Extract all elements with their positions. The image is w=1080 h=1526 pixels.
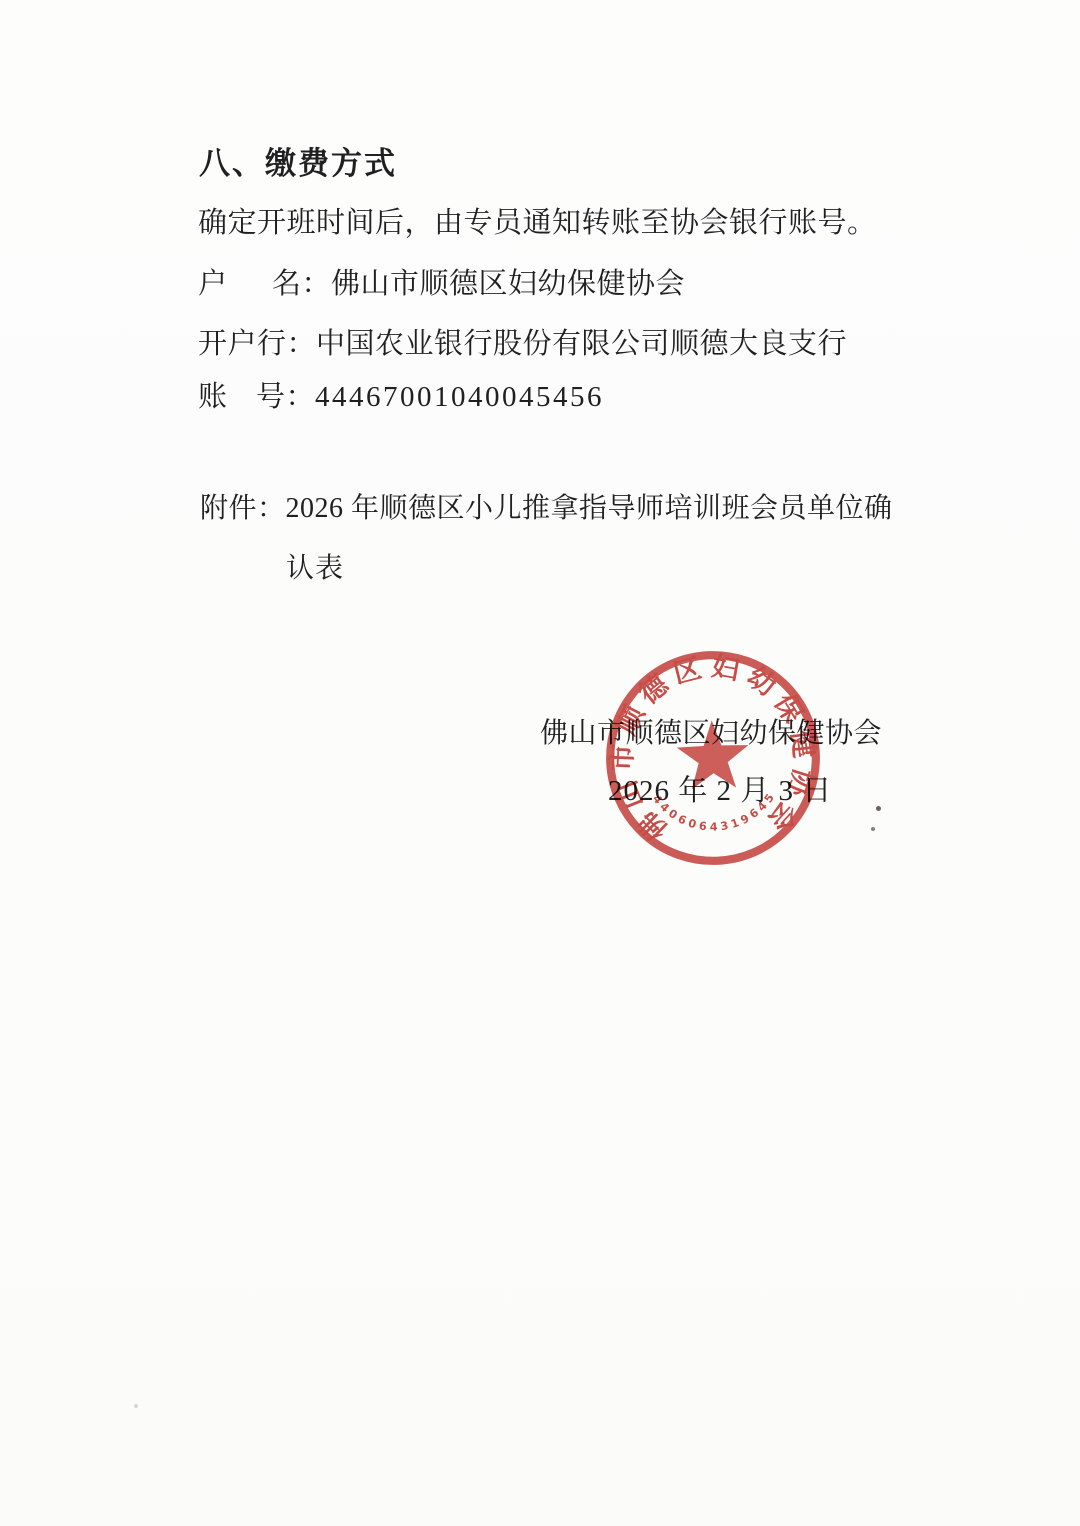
scan-speck — [134, 1404, 138, 1408]
account-number-value: 44467001040045456 — [315, 381, 604, 413]
account-name-label-suffix: 名： — [272, 268, 331, 300]
bank-branch-value: 中国农业银行股份有限公司顺德大良支行 — [316, 328, 847, 360]
account-number-label-suffix: 号： — [256, 381, 315, 413]
bank-branch-label: 开户行： — [198, 321, 316, 362]
account-name-value: 佛山市顺德区妇幼保健协会 — [331, 268, 685, 300]
attachment-line-2: 认表 — [286, 546, 344, 586]
account-name-label: 户 — [198, 261, 272, 302]
bank-branch-row: 开户行：中国农业银行股份有限公司顺德大良支行 — [198, 321, 847, 362]
seal-serial-number: 4406064319645 — [650, 788, 781, 836]
attachment-line-1: 附件：2026 年顺德区小儿推拿指导师培训班会员单位确 — [200, 486, 893, 526]
account-number-label: 账 — [198, 374, 256, 415]
ink-speck — [876, 806, 881, 811]
intro-text: 确定开班时间后，由专员通知转账至协会银行账号。 — [198, 200, 877, 241]
account-name-row: 户名：佛山市顺德区妇幼保健协会 — [198, 261, 685, 302]
section-heading: 八、缴费方式 — [199, 138, 397, 183]
account-number-row: 账号：44467001040045456 — [198, 374, 604, 415]
official-seal: 佛山市顺德区妇幼保健协会 4406064319645 — [597, 642, 829, 874]
document-page: 八、缴费方式 确定开班时间后，由专员通知转账至协会银行账号。 户名：佛山市顺德区… — [0, 0, 1080, 1526]
svg-text:4406064319645: 4406064319645 — [650, 788, 781, 836]
star-icon — [676, 719, 750, 790]
ink-speck — [871, 827, 875, 831]
